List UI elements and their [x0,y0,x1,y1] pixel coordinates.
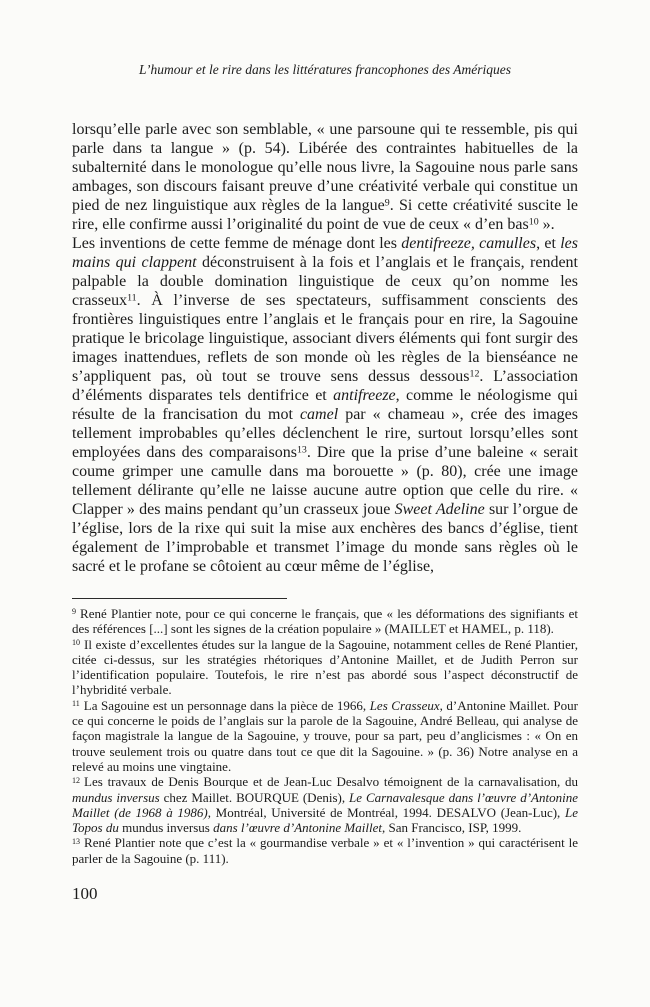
footnote-separator [72,598,287,599]
footnote-marker: 9 [72,607,76,616]
footnote-marker: 11 [72,699,80,708]
footnote-marker: 10 [72,638,80,647]
footnote-marker: 12 [72,776,80,785]
footnote-10: 10Il existe d’excellentes études sur la … [72,637,578,698]
footnote-marker: 13 [72,837,80,846]
body-paragraph-1: lorsqu’elle parle avec son semblable, « … [72,120,578,234]
footnote-text: René Plantier note, pour ce qui concerne… [72,606,578,636]
footnote-text: Il existe d’excellentes études sur la la… [72,637,578,698]
running-header: L’humour et le rire dans les littérature… [72,62,578,78]
body-paragraph-2: Les inventions de cette femme de ménage … [72,234,578,576]
footnote-9: 9René Plantier note, pour ce qui concern… [72,606,578,637]
document-page: L’humour et le rire dans les littérature… [0,0,650,1007]
body-text: lorsqu’elle parle avec son semblable, « … [72,120,578,576]
footnote-text: Les travaux de Denis Bourque et de Jean-… [72,774,578,835]
page-number: 100 [72,884,578,904]
footnote-13: 13René Plantier note que c’est la « gour… [72,835,578,866]
footnote-12: 12Les travaux de Denis Bourque et de Jea… [72,774,578,835]
footnote-text: René Plantier note que c’est la « gourma… [72,835,578,865]
footnotes: 9René Plantier note, pour ce qui concern… [72,606,578,866]
footnote-text: La Sagouine est un personnage dans la pi… [72,698,578,774]
footnote-11: 11La Sagouine est un personnage dans la … [72,698,578,774]
